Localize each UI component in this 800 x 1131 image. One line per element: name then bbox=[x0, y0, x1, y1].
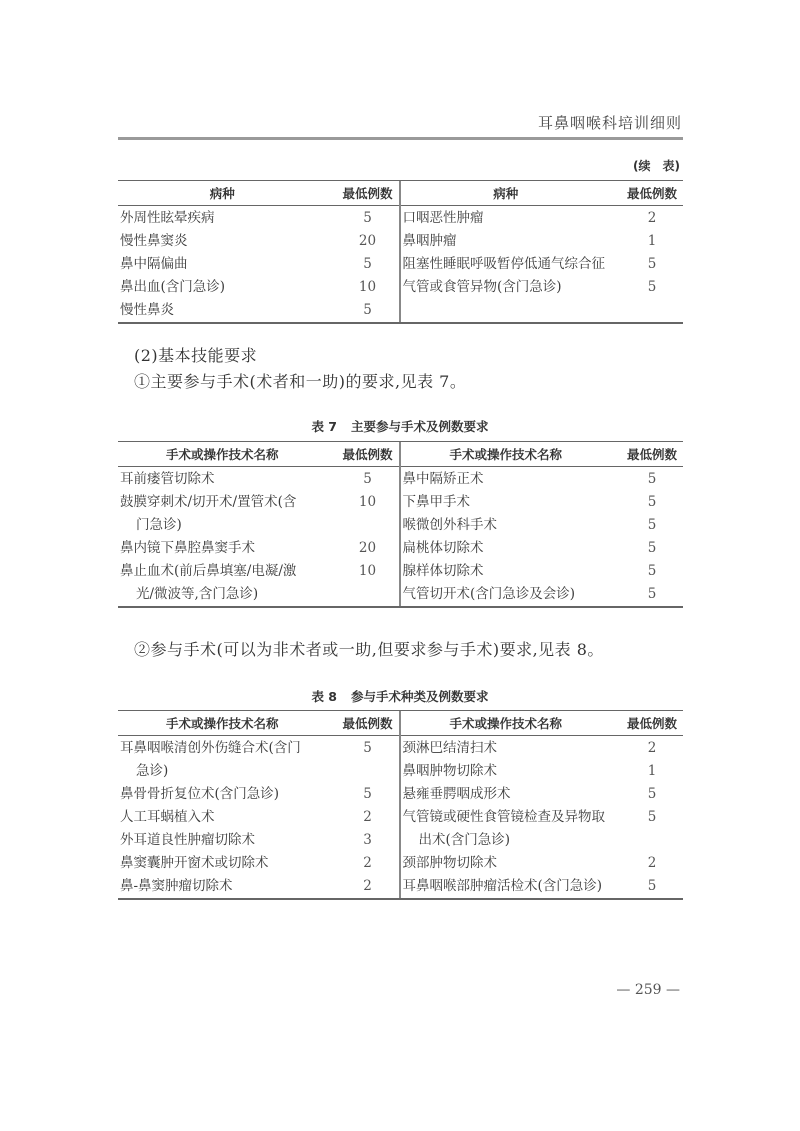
row-name: 气管或食管异物(含门急诊) bbox=[401, 276, 622, 299]
row-name: 鼻中隔偏曲 bbox=[118, 253, 337, 276]
row-name: 耳鼻咽喉部肿瘤活检术(含门急诊) bbox=[401, 875, 622, 898]
row-count: 5 bbox=[621, 537, 683, 560]
caption-title: 参与手术种类及例数要求 bbox=[351, 689, 489, 704]
row-name: 下鼻甲手术 bbox=[401, 491, 622, 514]
table-row: 鼻止血术(前后鼻填塞/电凝/激光/微波等,含门急诊)10 bbox=[118, 560, 399, 606]
row-name: 鼻内镜下鼻腔鼻窦手术 bbox=[118, 537, 337, 560]
row-name: 鼻骨骨折复位术(含门急诊) bbox=[118, 783, 337, 806]
row-name: 鼻中隔矫正术 bbox=[401, 468, 622, 491]
row-count: 2 bbox=[621, 737, 683, 760]
table-row: 鼓膜穿刺术/切开术/置管术(含门急诊)10 bbox=[118, 491, 399, 537]
table-row: 气管切开术(含门急诊及会诊)5 bbox=[401, 583, 684, 606]
table-row: 鼻中隔偏曲5 bbox=[118, 253, 399, 276]
table-header: 手术或操作技术名称 最低例数 bbox=[118, 711, 399, 736]
table-row: 鼻窦囊肿开窗术或切除术2 bbox=[118, 852, 399, 875]
table-row: 人工耳蜗植入术2 bbox=[118, 806, 399, 829]
section-heading: (2)基本技能要求 bbox=[134, 343, 257, 366]
table-header: 手术或操作技术名称 最低例数 bbox=[118, 442, 399, 467]
row-name: 气管镜或硬性食管镜检查及异物取出术(含门急诊) bbox=[401, 806, 622, 852]
header-rule bbox=[118, 137, 683, 140]
table-row-empty bbox=[401, 299, 684, 322]
row-count: 5 bbox=[621, 514, 683, 537]
table-row: 外周性眩晕疾病5 bbox=[118, 207, 399, 230]
table-header: 手术或操作技术名称 最低例数 bbox=[401, 711, 684, 736]
header-count: 最低例数 bbox=[611, 714, 683, 732]
table7-caption: 表 7主要参与手术及例数要求 bbox=[0, 417, 800, 435]
table-row: 口咽恶性肿瘤2 bbox=[401, 207, 684, 230]
row-count: 2 bbox=[337, 875, 399, 898]
table-right-half: 手术或操作技术名称 最低例数 颈淋巴结清扫术2 鼻咽肿物切除术1 悬雍垂腭咽成形… bbox=[401, 711, 684, 898]
row-name: 悬雍垂腭咽成形术 bbox=[401, 783, 622, 806]
table-row: 鼻-鼻窦肿瘤切除术2 bbox=[118, 875, 399, 898]
table-row: 气管镜或硬性食管镜检查及异物取出术(含门急诊)5 bbox=[401, 806, 684, 852]
row-count: 5 bbox=[621, 806, 683, 852]
row-count: 5 bbox=[337, 468, 399, 491]
header-name: 病种 bbox=[118, 184, 327, 202]
row-name: 鼻咽肿瘤 bbox=[401, 230, 622, 253]
table-row: 悬雍垂腭咽成形术5 bbox=[401, 783, 684, 806]
table-row: 气管或食管异物(含门急诊)5 bbox=[401, 276, 684, 299]
table-row: 颈部肿物切除术2 bbox=[401, 852, 684, 875]
row-count: 1 bbox=[621, 760, 683, 783]
table-row: 腺样体切除术5 bbox=[401, 560, 684, 583]
table-right-half: 病种 最低例数 口咽恶性肿瘤2 鼻咽肿瘤1 阻塞性睡眠呼吸暂停低通气综合征5 气… bbox=[401, 181, 684, 322]
header-count: 最低例数 bbox=[327, 714, 399, 732]
row-count: 3 bbox=[337, 829, 399, 852]
row-count: 5 bbox=[621, 276, 683, 299]
table-right-half: 手术或操作技术名称 最低例数 鼻中隔矫正术5 下鼻甲手术5 喉微创外科手术5 扁… bbox=[401, 442, 684, 606]
row-count: 5 bbox=[621, 560, 683, 583]
header-count: 最低例数 bbox=[611, 184, 683, 202]
row-count: 10 bbox=[337, 560, 399, 606]
row-count: 5 bbox=[621, 253, 683, 276]
table-header: 病种 最低例数 bbox=[401, 181, 684, 206]
row-count: 5 bbox=[337, 207, 399, 230]
row-count: 5 bbox=[337, 299, 399, 322]
row-name: 颈淋巴结清扫术 bbox=[401, 737, 622, 760]
row-count: 2 bbox=[337, 852, 399, 875]
caption-title: 主要参与手术及例数要求 bbox=[351, 419, 489, 434]
table-row: 耳鼻咽喉清创外伤缝合术(含门急诊)5 bbox=[118, 737, 399, 783]
continued-label: (续 表) bbox=[633, 157, 680, 174]
header-name: 手术或操作技术名称 bbox=[118, 714, 327, 732]
row-count: 10 bbox=[337, 491, 399, 537]
table-row: 鼻咽肿瘤1 bbox=[401, 230, 684, 253]
table-row: 鼻内镜下鼻腔鼻窦手术20 bbox=[118, 537, 399, 560]
row-count: 5 bbox=[621, 468, 683, 491]
header-count: 最低例数 bbox=[327, 184, 399, 202]
row-name: 耳鼻咽喉清创外伤缝合术(含门急诊) bbox=[118, 737, 337, 783]
table-row: 扁桃体切除术5 bbox=[401, 537, 684, 560]
table-row: 鼻咽肿物切除术1 bbox=[401, 760, 684, 783]
table-row: 鼻出血(含门急诊)10 bbox=[118, 276, 399, 299]
paragraph-1: ①主要参与手术(术者和一助)的要求,见表 7。 bbox=[134, 369, 466, 392]
table-row: 喉微创外科手术5 bbox=[401, 514, 684, 537]
table-row: 阻塞性睡眠呼吸暂停低通气综合征5 bbox=[401, 253, 684, 276]
row-name: 鼻咽肿物切除术 bbox=[401, 760, 622, 783]
row-count: 5 bbox=[621, 491, 683, 514]
header-count: 最低例数 bbox=[611, 445, 683, 463]
header-name: 病种 bbox=[401, 184, 612, 202]
header-name: 手术或操作技术名称 bbox=[118, 445, 327, 463]
row-name: 外耳道良性肿瘤切除术 bbox=[118, 829, 337, 852]
row-count: 5 bbox=[337, 253, 399, 276]
row-name: 慢性鼻炎 bbox=[118, 299, 337, 322]
row-count: 5 bbox=[621, 875, 683, 898]
table-8: 手术或操作技术名称 最低例数 耳鼻咽喉清创外伤缝合术(含门急诊)5 鼻骨骨折复位… bbox=[118, 710, 683, 900]
running-head: 耳鼻咽喉科培训细则 bbox=[538, 112, 682, 133]
header-name: 手术或操作技术名称 bbox=[401, 445, 612, 463]
table-left-half: 手术或操作技术名称 最低例数 耳前瘘管切除术5 鼓膜穿刺术/切开术/置管术(含门… bbox=[118, 442, 401, 606]
caption-number: 表 7 bbox=[311, 419, 337, 434]
row-name: 鼻出血(含门急诊) bbox=[118, 276, 337, 299]
table-row: 鼻骨骨折复位术(含门急诊)5 bbox=[118, 783, 399, 806]
row-name: 鼻止血术(前后鼻填塞/电凝/激光/微波等,含门急诊) bbox=[118, 560, 337, 606]
row-count: 5 bbox=[337, 737, 399, 783]
row-count: 1 bbox=[621, 230, 683, 253]
row-count: 20 bbox=[337, 230, 399, 253]
table-row: 外耳道良性肿瘤切除术3 bbox=[118, 829, 399, 852]
row-count: 2 bbox=[621, 852, 683, 875]
table8-caption: 表 8参与手术种类及例数要求 bbox=[0, 687, 800, 705]
row-count: 5 bbox=[337, 783, 399, 806]
table-left-half: 病种 最低例数 外周性眩晕疾病5 慢性鼻窦炎20 鼻中隔偏曲5 鼻出血(含门急诊… bbox=[118, 181, 401, 322]
row-name: 阻塞性睡眠呼吸暂停低通气综合征 bbox=[401, 253, 622, 276]
table-header: 病种 最低例数 bbox=[118, 181, 399, 206]
row-name: 外周性眩晕疾病 bbox=[118, 207, 337, 230]
row-name: 慢性鼻窦炎 bbox=[118, 230, 337, 253]
row-name: 鼻窦囊肿开窗术或切除术 bbox=[118, 852, 337, 875]
table-row: 鼻中隔矫正术5 bbox=[401, 468, 684, 491]
table-row: 下鼻甲手术5 bbox=[401, 491, 684, 514]
page-number: — 259 — bbox=[616, 982, 680, 998]
table-left-half: 手术或操作技术名称 最低例数 耳鼻咽喉清创外伤缝合术(含门急诊)5 鼻骨骨折复位… bbox=[118, 711, 401, 898]
row-name: 喉微创外科手术 bbox=[401, 514, 622, 537]
row-name: 颈部肿物切除术 bbox=[401, 852, 622, 875]
caption-number: 表 8 bbox=[311, 689, 337, 704]
row-count: 2 bbox=[337, 806, 399, 829]
paragraph-2: ②参与手术(可以为非术者或一助,但要求参与手术)要求,见表 8。 bbox=[134, 637, 604, 660]
header-name: 手术或操作技术名称 bbox=[401, 714, 612, 732]
row-name: 扁桃体切除术 bbox=[401, 537, 622, 560]
table-7: 手术或操作技术名称 最低例数 耳前瘘管切除术5 鼓膜穿刺术/切开术/置管术(含门… bbox=[118, 441, 683, 608]
row-name: 口咽恶性肿瘤 bbox=[401, 207, 622, 230]
row-count: 2 bbox=[621, 207, 683, 230]
row-name: 耳前瘘管切除术 bbox=[118, 468, 337, 491]
row-name: 人工耳蜗植入术 bbox=[118, 806, 337, 829]
continued-table: 病种 最低例数 外周性眩晕疾病5 慢性鼻窦炎20 鼻中隔偏曲5 鼻出血(含门急诊… bbox=[118, 180, 683, 324]
table-row: 耳鼻咽喉部肿瘤活检术(含门急诊)5 bbox=[401, 875, 684, 898]
table-row: 慢性鼻炎5 bbox=[118, 299, 399, 322]
row-name: 鼓膜穿刺术/切开术/置管术(含门急诊) bbox=[118, 491, 337, 537]
row-count: 5 bbox=[621, 583, 683, 606]
row-name: 气管切开术(含门急诊及会诊) bbox=[401, 583, 622, 606]
row-count: 5 bbox=[621, 783, 683, 806]
table-header: 手术或操作技术名称 最低例数 bbox=[401, 442, 684, 467]
row-count: 20 bbox=[337, 537, 399, 560]
row-name: 腺样体切除术 bbox=[401, 560, 622, 583]
row-count: 10 bbox=[337, 276, 399, 299]
table-row: 慢性鼻窦炎20 bbox=[118, 230, 399, 253]
header-count: 最低例数 bbox=[327, 445, 399, 463]
table-row: 颈淋巴结清扫术2 bbox=[401, 737, 684, 760]
row-name: 鼻-鼻窦肿瘤切除术 bbox=[118, 875, 337, 898]
table-row: 耳前瘘管切除术5 bbox=[118, 468, 399, 491]
